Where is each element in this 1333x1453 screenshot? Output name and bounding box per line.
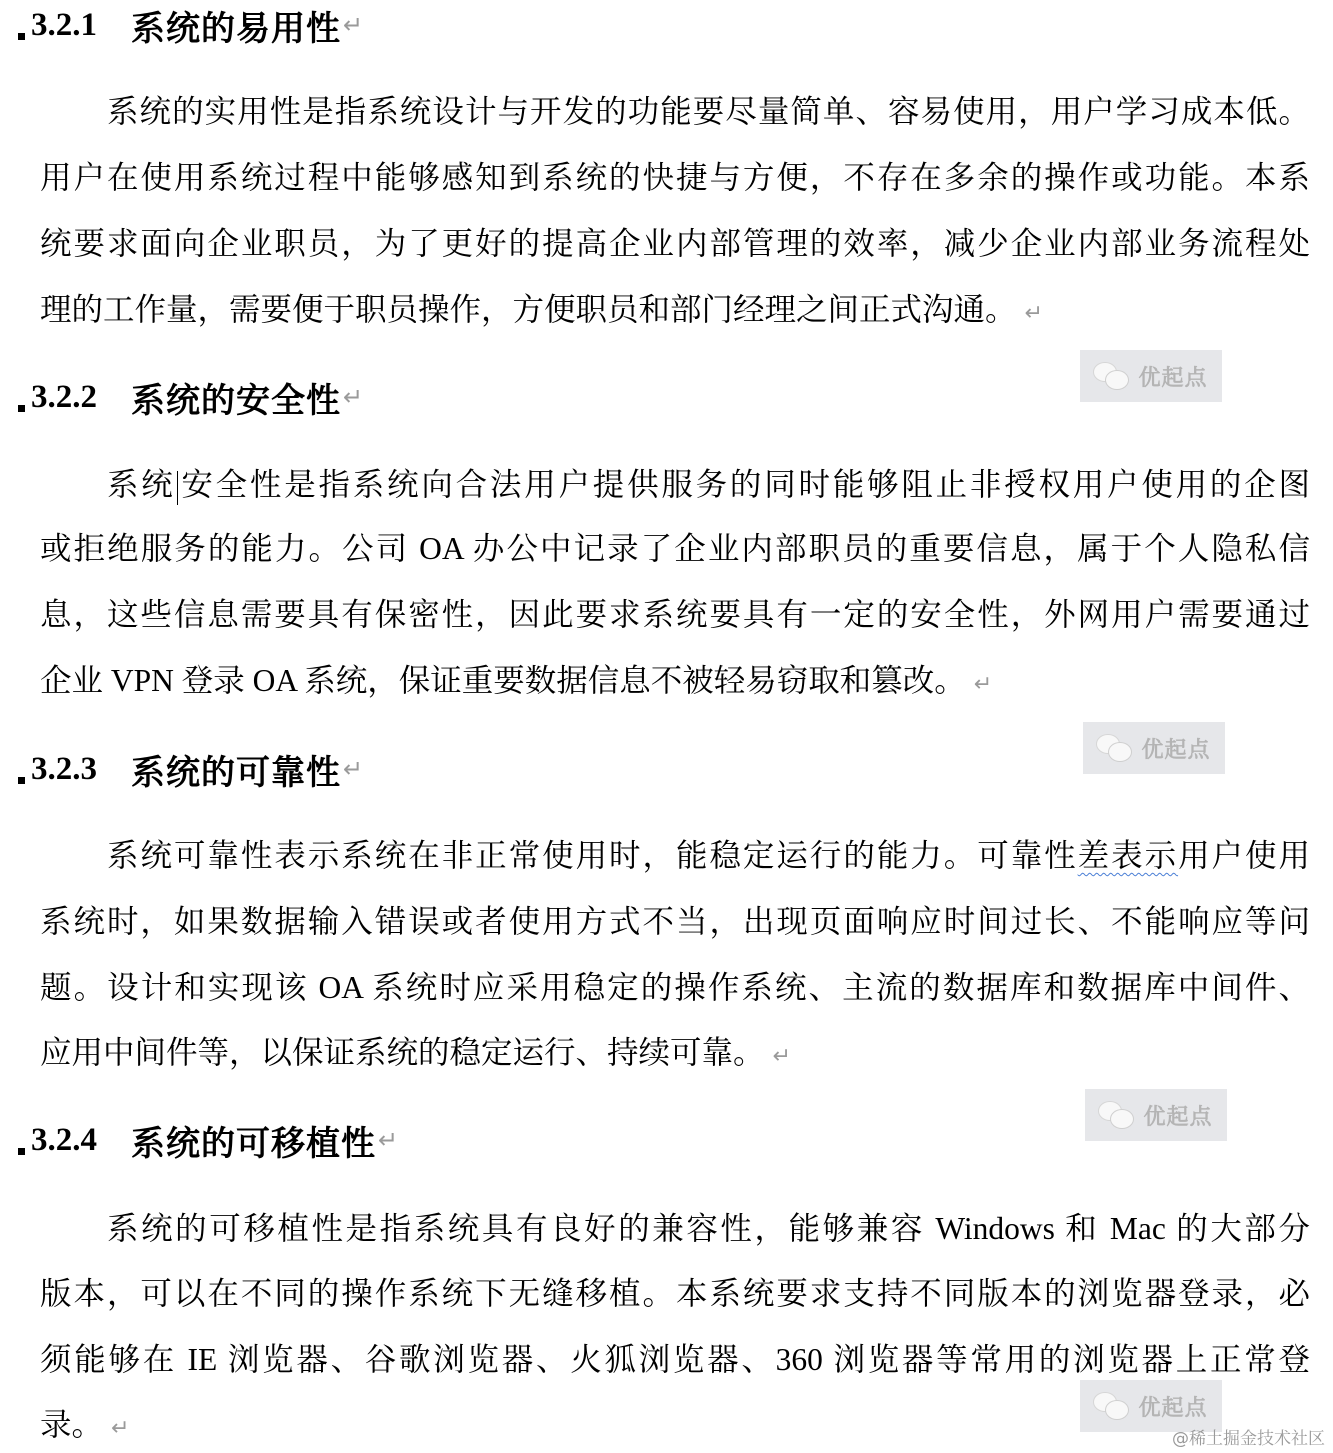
heading-bullet-marker	[18, 777, 25, 784]
paragraph-mark-icon: ↵	[974, 672, 992, 697]
paragraph-line: 须能够在 IE 浏览器、谷歌浏览器、火狐浏览器、360 浏览器等常用的浏览器上正…	[40, 1338, 1310, 1382]
paragraph-line: 统要求面向企业职员，为了更好的提高企业内部管理的效率，减少企业内部业务流程处	[40, 222, 1310, 266]
heading-bullet-marker	[18, 405, 25, 412]
paragraph-mark-icon: ↵	[343, 383, 363, 411]
section-number: 3.2.1	[31, 7, 97, 44]
section-title: 系统的可移植性	[131, 1116, 376, 1165]
paragraph-text: 系统	[107, 467, 176, 502]
paragraph-line: 系统时，如果数据输入错误或者使用方式不当，出现页面响应时间过长、不能响应等问	[40, 900, 1310, 944]
paragraph-line: 应用中间件等，以保证系统的稳定运行、持续可靠。↵	[40, 1031, 1310, 1075]
paragraph-text: 应用中间件等，以保证系统的稳定运行、持续可靠。	[40, 1035, 765, 1070]
paragraph-mark-icon: ↵	[343, 755, 363, 783]
paragraph-line: 理的工作量，需要便于职员操作，方便职员和部门经理之间正式沟通。↵	[40, 288, 1310, 332]
section-number: 3.2.3	[31, 751, 97, 788]
section-heading-3-2-1: 3.2.1 系统的易用性 ↵	[18, 0, 363, 50]
paragraph-mark-icon: ↵	[378, 1126, 398, 1154]
grammar-check-underline[interactable]: 差表示	[1078, 838, 1178, 873]
paragraph-line: 息，这些信息需要具有保密性，因此要求系统要具有一定的安全性，外网用户需要通过	[40, 593, 1310, 637]
watermark-label: 优起点	[1141, 733, 1210, 764]
paragraph-mark-icon: ↵	[111, 1416, 129, 1441]
watermark-badge: 优起点	[1083, 722, 1225, 774]
wechat-bubbles-icon	[1094, 1391, 1132, 1421]
paragraph-text: 录。	[40, 1407, 103, 1442]
paragraph-text: 系统可靠性表示系统在非正常使用时，能稳定运行的能力。可靠性	[107, 838, 1078, 873]
wechat-bubbles-icon	[1094, 361, 1132, 391]
paragraph-mark-icon: ↵	[773, 1044, 791, 1069]
paragraph-line: 系统的可移植性是指系统具有良好的兼容性，能够兼容 Windows 和 Mac 的…	[107, 1207, 1310, 1251]
section-number: 3.2.2	[31, 379, 97, 416]
watermark-badge: 优起点	[1080, 350, 1222, 402]
paragraph-text: 理的工作量，需要便于职员操作，方便职员和部门经理之间正式沟通。	[40, 292, 1017, 327]
section-heading-3-2-4: 3.2.4 系统的可移植性 ↵	[18, 1115, 398, 1165]
watermark-label: 优起点	[1138, 361, 1207, 392]
paragraph-line: 系统安全性是指系统向合法用户提供服务的同时能够阻止非授权用户使用的企图	[107, 463, 1310, 507]
paragraph-line: 用户在使用系统过程中能够感知到系统的快捷与方便，不存在多余的操作或功能。本系	[40, 156, 1310, 200]
section-title: 系统的易用性	[131, 1, 341, 50]
paragraph-mark-icon: ↵	[343, 11, 363, 39]
section-title: 系统的可靠性	[131, 745, 341, 794]
paragraph-line: 或拒绝服务的能力。公司 OA 办公中记录了企业内部职员的重要信息，属于个人隐私信	[40, 527, 1310, 571]
paragraph-line: 系统的实用性是指系统设计与开发的功能要尽量简单、容易使用，用户学习成本低。	[107, 90, 1310, 134]
paragraph-line: 版本，可以在不同的操作系统下无缝移植。本系统要求支持不同版本的浏览器登录，必	[40, 1272, 1310, 1316]
paragraph-text: 用户使用	[1178, 838, 1310, 873]
section-number: 3.2.4	[31, 1122, 97, 1159]
footer-watermark: @稀土掘金技术社区	[1172, 1424, 1325, 1449]
paragraph-line: 系统可靠性表示系统在非正常使用时，能稳定运行的能力。可靠性差表示用户使用	[107, 834, 1310, 878]
paragraph-text: 安全性是指系统向合法用户提供服务的同时能够阻止非授权用户使用的企图	[179, 467, 1310, 502]
section-title: 系统的安全性	[131, 373, 341, 422]
watermark-badge: 优起点	[1085, 1089, 1227, 1141]
paragraph-line: 企业 VPN 登录 OA 系统，保证重要数据信息不被轻易窃取和篡改。↵	[40, 659, 1310, 703]
text-cursor	[177, 471, 178, 505]
section-heading-3-2-2: 3.2.2 系统的安全性 ↵	[18, 372, 363, 422]
heading-bullet-marker	[18, 33, 25, 40]
wechat-bubbles-icon	[1097, 733, 1135, 763]
paragraph-line: 题。设计和实现该 OA 系统时应采用稳定的操作系统、主流的数据库和数据库中间件、	[40, 966, 1310, 1010]
paragraph-text: 企业 VPN 登录 OA 系统，保证重要数据信息不被轻易窃取和篡改。	[40, 663, 966, 698]
heading-bullet-marker	[18, 1148, 25, 1155]
wechat-bubbles-icon	[1099, 1100, 1137, 1130]
section-heading-3-2-3: 3.2.3 系统的可靠性 ↵	[18, 744, 363, 794]
paragraph-mark-icon: ↵	[1025, 301, 1043, 326]
watermark-label: 优起点	[1138, 1391, 1207, 1422]
watermark-label: 优起点	[1143, 1100, 1212, 1131]
